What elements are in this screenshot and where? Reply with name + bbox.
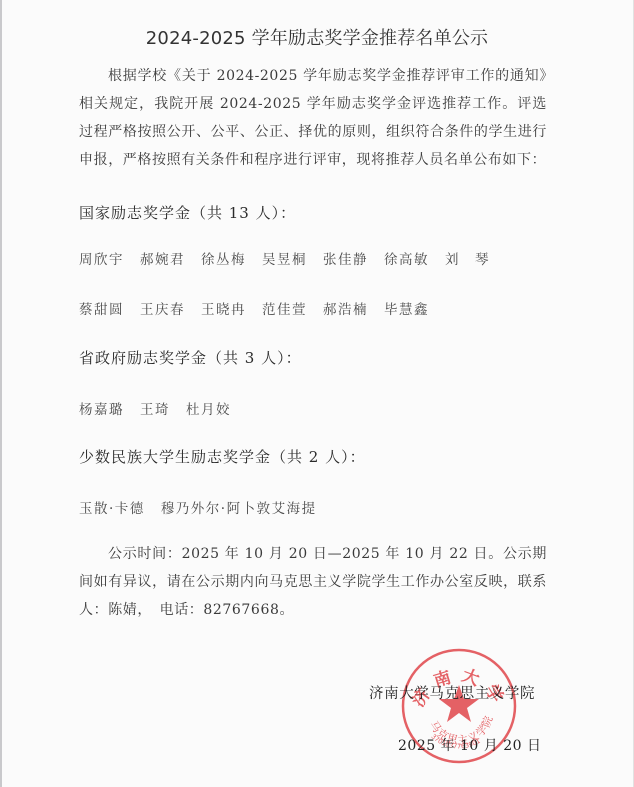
notice-paragraph: 公示时间：2025 年 10 月 20 日—2025 年 10 月 22 日。公… (79, 540, 547, 624)
student-name: 蔡甜圆 (79, 298, 124, 318)
student-name: 王晓冉 (201, 298, 246, 318)
page-border-left (0, 0, 2, 787)
student-name: 玉散·卡德 (79, 497, 145, 517)
names-row-minority: 玉散·卡德穆乃外尔·阿卜敦艾海提 (79, 497, 333, 517)
student-name: 周欣宇 (79, 248, 124, 268)
student-name: 杨嘉璐 (79, 398, 124, 418)
names-row-provincial: 杨嘉璐王琦杜月姣 (79, 398, 247, 418)
names-row-national-1: 周欣宇郝婉君徐丛梅吴昱桐张佳静徐高敏刘 琴 (79, 248, 506, 268)
signature-date: 2025 年 10 月 20 日 (398, 735, 542, 755)
document-title: 2024-2025 学年励志奖学金推荐名单公示 (0, 24, 634, 50)
student-name: 王庆春 (140, 298, 185, 318)
student-name: 穆乃外尔·阿卜敦艾海提 (161, 497, 317, 517)
section-heading-provincial: 省政府励志奖学金（共 3 人）： (79, 347, 302, 368)
student-name: 徐高敏 (384, 248, 429, 268)
student-name: 吴昱桐 (262, 248, 307, 268)
names-row-national-2: 蔡甜圆王庆春王晓冉范佳萱郝浩楠毕慧鑫 (79, 298, 445, 318)
student-name: 郝婉君 (140, 248, 185, 268)
student-name: 刘 琴 (445, 248, 490, 268)
section-heading-national: 国家励志奖学金（共 13 人）： (79, 202, 296, 223)
student-name: 王琦 (140, 398, 170, 418)
student-name: 范佳萱 (262, 298, 307, 318)
student-name: 徐丛梅 (201, 248, 246, 268)
intro-paragraph: 根据学校《关于 2024-2025 学年励志奖学金推荐评审工作的通知》相关规定，… (79, 62, 547, 174)
student-name: 郝浩楠 (323, 298, 368, 318)
signature-organization: 济南大学马克思主义学院 (369, 682, 535, 703)
student-name: 毕慧鑫 (384, 298, 429, 318)
student-name: 张佳静 (323, 248, 368, 268)
section-heading-minority: 少数民族大学生励志奖学金（共 2 人）： (79, 446, 366, 467)
student-name: 杜月姣 (186, 398, 231, 418)
